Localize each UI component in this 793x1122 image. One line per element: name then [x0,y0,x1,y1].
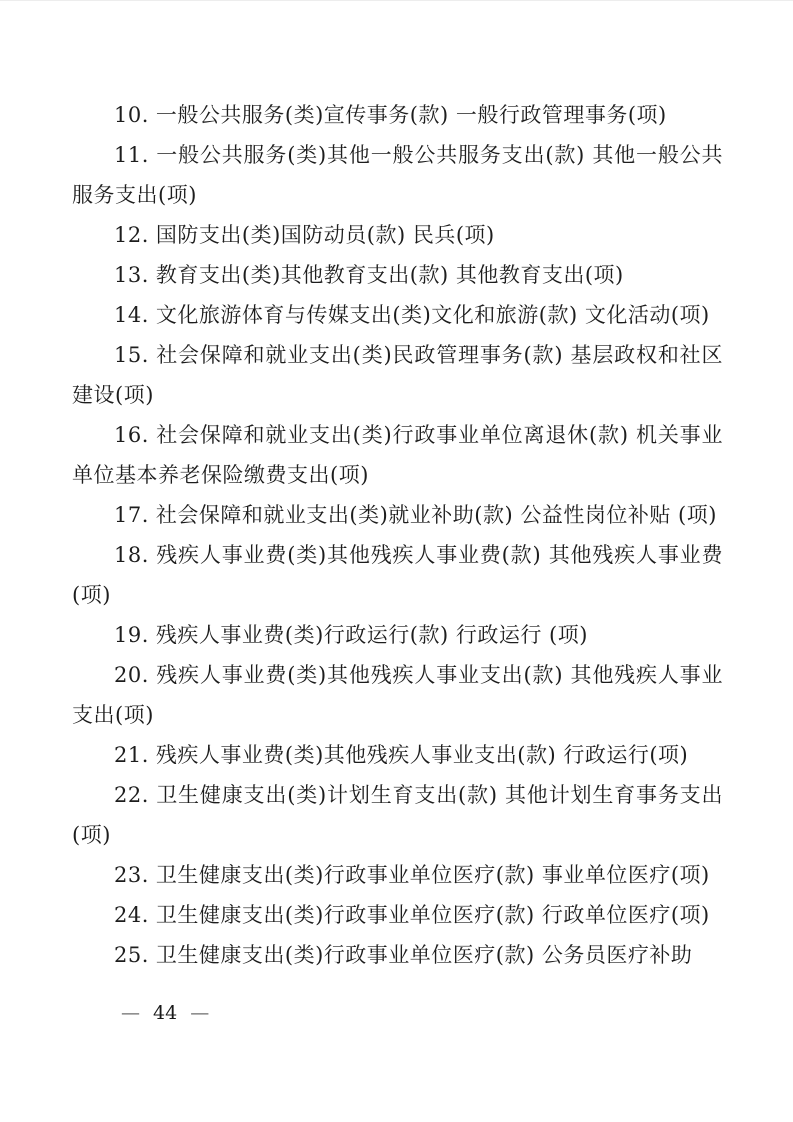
item-text: 教育支出(类)其他教育支出(款) 其他教育支出(项) [156,263,624,287]
item-number: 11. [114,143,149,167]
list-item: 10.一般公共服务(类)宣传事务(款) 一般行政管理事务(项) [72,95,723,135]
list-item: 23.卫生健康支出(类)行政事业单位医疗(款) 事业单位医疗(项) [72,855,723,895]
item-number: 21. [114,743,149,767]
page-footer: —44— [121,1001,209,1025]
item-number: 18. [114,543,149,567]
item-number: 22. [114,783,149,807]
list-item: 16.社会保障和就业支出(类)行政事业单位离退休(款) 机关事业单位基本养老保险… [72,415,723,495]
expenditure-classification-list: 10.一般公共服务(类)宣传事务(款) 一般行政管理事务(项)11.一般公共服务… [72,95,723,975]
document-page: 10.一般公共服务(类)宣传事务(款) 一般行政管理事务(项)11.一般公共服务… [0,0,793,1122]
item-number: 12. [114,223,149,247]
list-item: 17.社会保障和就业支出(类)就业补助(款) 公益性岗位补贴 (项) [72,495,723,535]
item-text: 国防支出(类)国防动员(款) 民兵(项) [156,223,495,247]
item-text: 一般公共服务(类)宣传事务(款) 一般行政管理事务(项) [156,103,667,127]
item-text: 一般公共服务(类)其他一般公共服务支出(款) 其他一般公共服务支出(项) [72,143,723,207]
list-item: 15.社会保障和就业支出(类)民政管理事务(款) 基层政权和社区建设(项) [72,335,723,415]
item-number: 20. [114,663,149,687]
list-item: 18.残疾人事业费(类)其他残疾人事业费(款) 其他残疾人事业费 (项) [72,535,723,615]
footer-left-dash: — [121,1002,140,1024]
item-text: 卫生健康支出(类)计划生育支出(款) 其他计划生育事务支出(项) [72,783,723,847]
item-text: 残疾人事业费(类)其他残疾人事业支出(款) 行政运行(项) [156,743,688,767]
item-number: 15. [114,343,149,367]
item-text: 卫生健康支出(类)行政事业单位医疗(款) 公务员医疗补助 [156,943,692,967]
list-item: 14.文化旅游体育与传媒支出(类)文化和旅游(款) 文化活动(项) [72,295,723,335]
list-item: 24.卫生健康支出(类)行政事业单位医疗(款) 行政单位医疗(项) [72,895,723,935]
item-text: 社会保障和就业支出(类)民政管理事务(款) 基层政权和社区建设(项) [72,343,723,407]
item-number: 24. [114,903,149,927]
item-text: 卫生健康支出(类)行政事业单位医疗(款) 事业单位医疗(项) [156,863,710,887]
item-number: 23. [114,863,149,887]
item-text: 卫生健康支出(类)行政事业单位医疗(款) 行政单位医疗(项) [156,903,710,927]
item-number: 13. [114,263,149,287]
item-text: 社会保障和就业支出(类)行政事业单位离退休(款) 机关事业单位基本养老保险缴费支… [72,423,723,487]
list-item: 22.卫生健康支出(类)计划生育支出(款) 其他计划生育事务支出(项) [72,775,723,855]
list-item: 21.残疾人事业费(类)其他残疾人事业支出(款) 行政运行(项) [72,735,723,775]
list-item: 11.一般公共服务(类)其他一般公共服务支出(款) 其他一般公共服务支出(项) [72,135,723,215]
item-text: 残疾人事业费(类)其他残疾人事业支出(款) 其他残疾人事业支出(项) [72,663,723,727]
footer-right-dash: — [190,1002,209,1024]
item-number: 10. [114,103,149,127]
item-number: 17. [114,503,149,527]
item-text: 残疾人事业费(类)其他残疾人事业费(款) 其他残疾人事业费 (项) [72,543,723,607]
list-item: 25.卫生健康支出(类)行政事业单位医疗(款) 公务员医疗补助 [72,935,723,975]
item-text: 社会保障和就业支出(类)就业补助(款) 公益性岗位补贴 (项) [156,503,717,527]
list-item: 13.教育支出(类)其他教育支出(款) 其他教育支出(项) [72,255,723,295]
item-text: 文化旅游体育与传媒支出(类)文化和旅游(款) 文化活动(项) [156,303,710,327]
item-number: 14. [114,303,149,327]
list-item: 19.残疾人事业费(类)行政运行(款) 行政运行 (项) [72,615,723,655]
page-number: 44 [153,1002,177,1024]
list-item: 20.残疾人事业费(类)其他残疾人事业支出(款) 其他残疾人事业支出(项) [72,655,723,735]
item-number: 25. [114,943,149,967]
list-item: 12.国防支出(类)国防动员(款) 民兵(项) [72,215,723,255]
item-number: 19. [114,623,149,647]
item-text: 残疾人事业费(类)行政运行(款) 行政运行 (项) [156,623,588,647]
item-number: 16. [114,423,149,447]
